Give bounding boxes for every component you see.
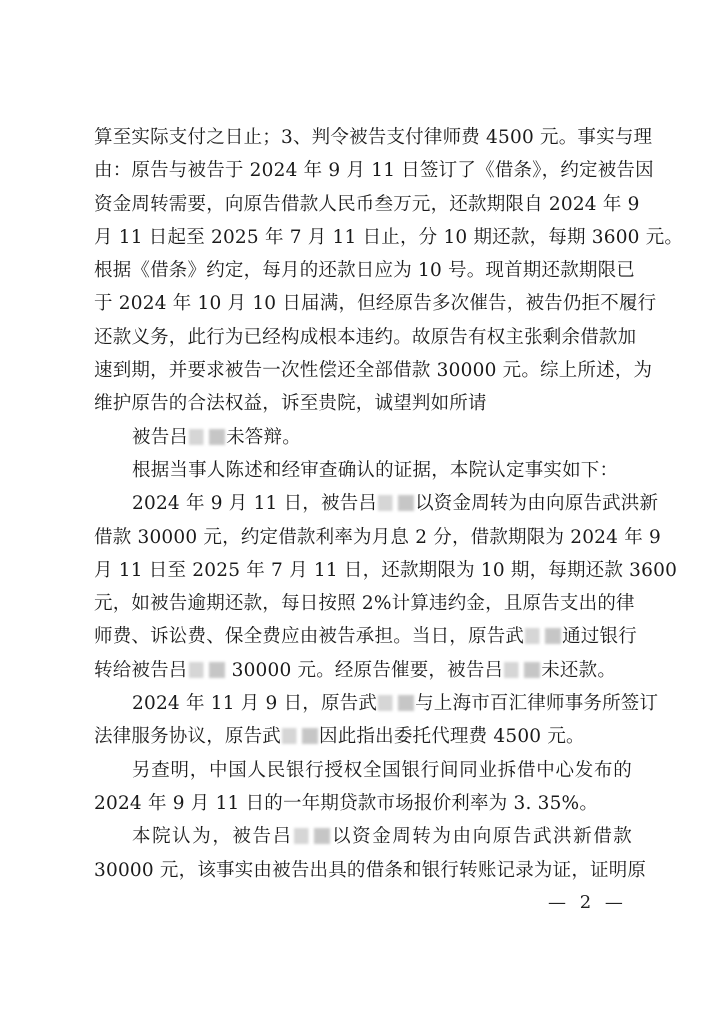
redacted-name-blur — [294, 828, 330, 844]
redacted-name-blur — [525, 628, 561, 644]
text-line: 由：原告与被告于 2024 年 9 月 11 日签订了《借条》，约定被告因 — [94, 154, 632, 187]
text-line: 月 11 日起至 2025 年 7 月 11 日止，分 10 期还款，每期 36… — [94, 221, 632, 254]
fact2-line: 法律服务协议，原告武因此指出委托代理费 4500 元。 — [94, 720, 632, 753]
document-page: 算至实际支付之日止；3、判令被告支付律师费 4500 元。事实与理 由：原告与被… — [0, 0, 724, 1024]
fact1-line: 借款 30000 元，约定借款利率为月息 2 分，借款期限为 2024 年 9 — [94, 521, 632, 554]
text-line: 资金周转需要，向原告借款人民币叁万元，还款期限自 2024 年 9 — [94, 188, 632, 221]
text-segment: 与上海市百汇律师事务所签订 — [415, 693, 658, 714]
text-segment: 转给被告吕 — [94, 660, 188, 681]
judgment-body-text: 算至实际支付之日止；3、判令被告支付律师费 4500 元。事实与理 由：原告与被… — [94, 121, 632, 887]
text-segment: 被告吕 — [132, 427, 188, 448]
text-segment: 以资金周转为由向原告武洪新 — [415, 493, 658, 514]
text-line: 速到期，并要求被告一次性偿还全部借款 30000 元。综上所述，为 — [94, 354, 632, 387]
redacted-name-blur — [189, 662, 225, 678]
text-segment: 本院认为，被告吕 — [132, 826, 293, 847]
text-line: 还款义务，此行为已经构成根本违约。故原告有权主张剩余借款加 — [94, 321, 632, 354]
fact1-line: 月 11 日至 2025 年 7 月 11 日，还款期限为 10 期，每期还款 … — [94, 554, 632, 587]
fact1-line: 2024 年 9 月 11 日，被告吕以资金周转为由向原告武洪新 — [94, 487, 632, 520]
fact2-line: 2024 年 11 月 9 日，原告武与上海市百汇律师事务所签订 — [94, 687, 632, 720]
text-segment: 未答辩。 — [226, 427, 301, 448]
text-line: 维护原告的合法权益，诉至贵院，诚望判如所请 — [94, 387, 632, 420]
fact1-line: 转给被告吕 30000 元。经原告催要，被告吕未还款。 — [94, 654, 632, 687]
fact3-line: 2024 年 9 月 11 日的一年期贷款市场报价利率为 3. 35%。 — [94, 787, 632, 820]
redacted-name-blur — [282, 728, 318, 744]
text-segment: 2024 年 11 月 9 日，原告武 — [132, 693, 377, 714]
redacted-name-blur — [378, 495, 414, 511]
opinion-line: 30000 元，该事实由被告出具的借条和银行转账记录为证，证明原 — [94, 854, 632, 887]
text-segment: 未还款。 — [541, 660, 616, 681]
text-segment: 因此指出委托代理费 4500 元。 — [319, 726, 585, 747]
text-segment: 通过银行 — [562, 626, 637, 647]
text-line: 算至实际支付之日止；3、判令被告支付律师费 4500 元。事实与理 — [94, 121, 632, 154]
text-line: 根据《借条》约定，每月的还款日应为 10 号。现首期还款期限已 — [94, 254, 632, 287]
page-number: — 2 — — [548, 892, 627, 913]
text-line: 于 2024 年 10 月 10 日届满，但经原告多次催告，被告仍拒不履行 — [94, 287, 632, 320]
text-segment: 2024 年 9 月 11 日，被告吕 — [132, 493, 377, 514]
redacted-name-blur — [189, 429, 225, 445]
fact1-line: 元，如被告逾期还款，每日按照 2%计算违约金，且原告支出的律 — [94, 587, 632, 620]
text-segment: 以资金周转为由向原告武洪新借款 — [331, 826, 632, 847]
fact1-line: 师费、诉讼费、保全费应由被告承担。当日，原告武通过银行 — [94, 620, 632, 653]
opinion-line: 本院认为，被告吕以资金周转为由向原告武洪新借款 — [94, 820, 632, 853]
fact3-line: 另查明，中国人民银行授权全国银行间同业拆借中心发布的 — [94, 754, 632, 787]
redacted-name-blur — [378, 695, 414, 711]
defense-paragraph: 被告吕未答辩。 — [94, 421, 632, 454]
text-segment: 法律服务协议，原告武 — [94, 726, 281, 747]
redacted-name-blur — [504, 662, 540, 678]
text-segment: 师费、诉讼费、保全费应由被告承担。当日，原告武 — [94, 626, 524, 647]
text-segment: 30000 元。经原告催要，被告吕 — [226, 660, 504, 681]
findings-intro: 根据当事人陈述和经审查确认的证据，本院认定事实如下： — [94, 454, 632, 487]
